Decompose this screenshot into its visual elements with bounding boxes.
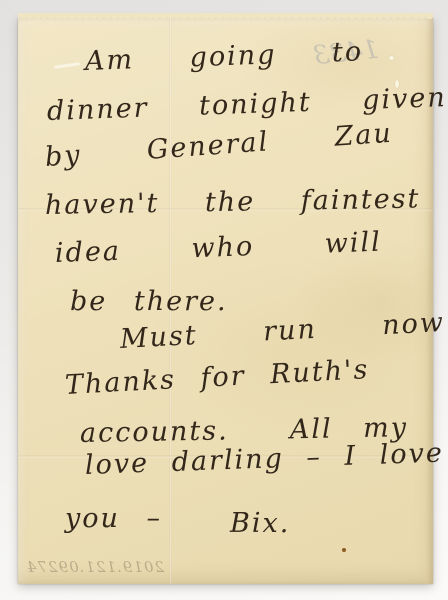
handwritten-line: Am going to: [84, 36, 363, 77]
deckle-edge: [18, 13, 433, 19]
handwritten-line: idea who will: [54, 227, 382, 269]
handwritten-line: by General Zau: [44, 118, 394, 173]
scan-backdrop: 1433 2019.121.09274 Am going to dinner t…: [0, 0, 448, 600]
paper-scratch: [54, 62, 80, 69]
foxing-dot: [342, 548, 346, 552]
showthrough-catalog-number: 2019.121.09274: [26, 558, 164, 576]
letter-paper: 1433 2019.121.09274 Am going to dinner t…: [18, 18, 433, 584]
handwritten-line: haven't the faintest: [45, 183, 421, 221]
signature: Bix.: [230, 508, 290, 539]
paper-damage-speck: [389, 56, 394, 60]
handwritten-line: be there.: [70, 286, 228, 317]
handwritten-line: you –: [65, 503, 162, 534]
handwritten-line: Thanks for Ruth's: [64, 354, 370, 401]
